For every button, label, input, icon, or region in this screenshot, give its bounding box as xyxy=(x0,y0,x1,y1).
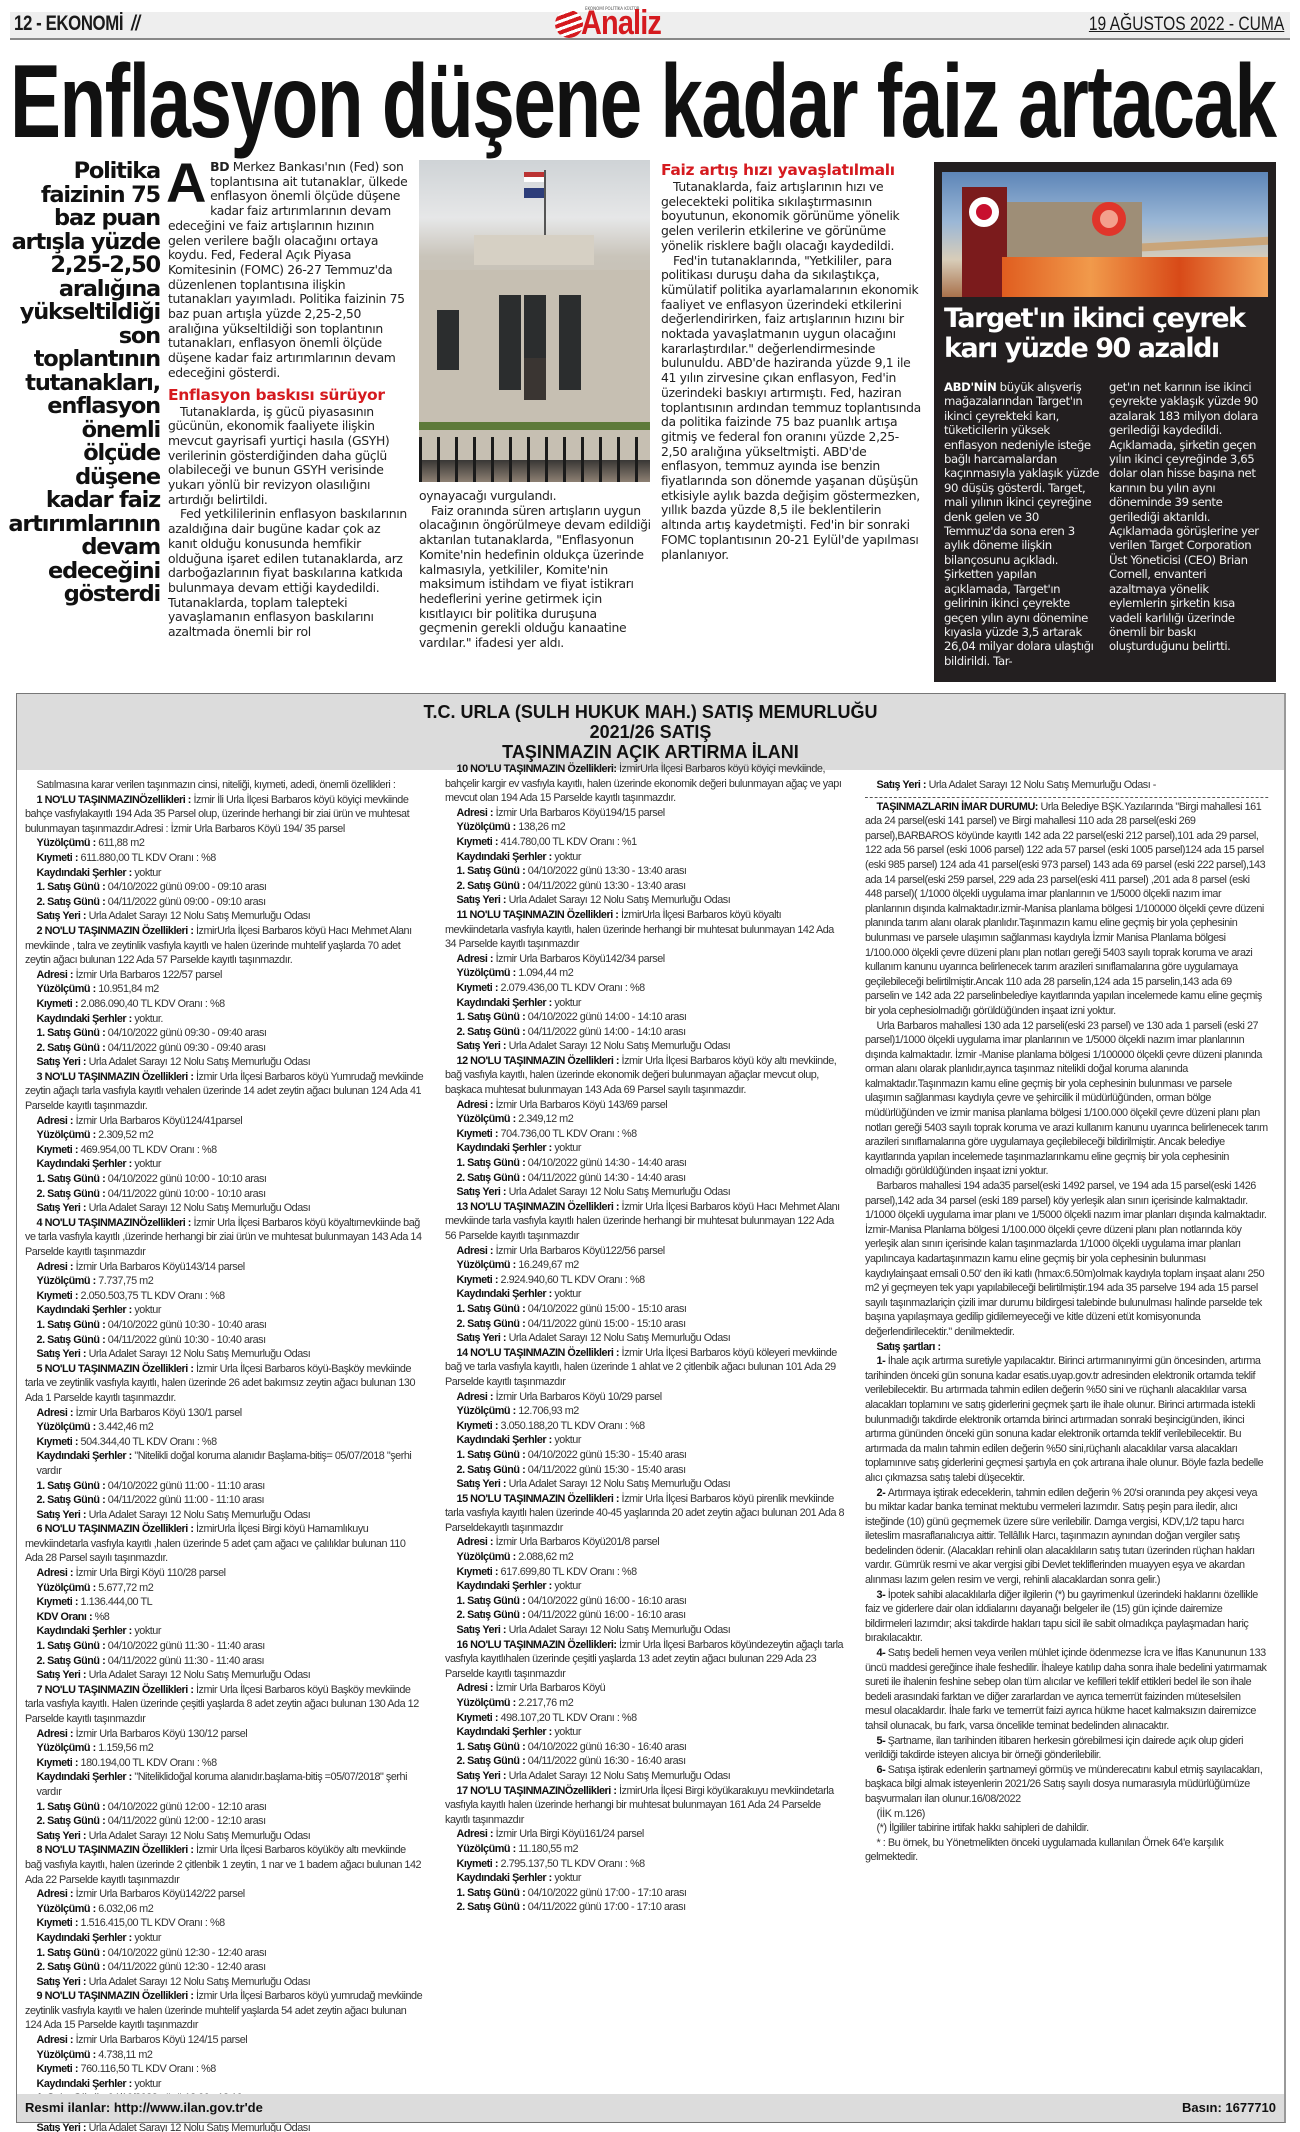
field-label: Adresi : xyxy=(457,1536,496,1548)
property-description: 3 NO'LU TAŞINMAZIN Özellikleri : İzmir U… xyxy=(25,1070,424,1114)
term-number: 6- xyxy=(877,1764,888,1776)
field-value: yoktur xyxy=(134,1625,161,1637)
term-text: Şartname, ilan tarihinden itibaren herke… xyxy=(865,1735,1243,1762)
field-value: 4.738,11 m2 xyxy=(98,2049,152,2061)
property-area: Yüzölçümü : 2.349,12 m2 xyxy=(445,1112,844,1127)
property-entry: 16 NO'LU TAŞINMAZIN Özellikleri: İzmir U… xyxy=(445,1638,844,1784)
field-label: 2. Satış Günü : xyxy=(37,1961,108,1973)
field-value: yoktur xyxy=(134,1304,161,1316)
property-heading: 13 NO'LU TAŞINMAZIN Özellikleri : xyxy=(457,1201,622,1213)
zoning-status: TAŞINMAZLARIN İMAR DURUMU: Urla Belediye… xyxy=(865,800,1268,1019)
field-label: Satış Yeri : xyxy=(37,1202,89,1214)
sale-place: Satış Yeri : Urla Adalet Sarayı 12 Nolu … xyxy=(25,1975,424,1990)
field-label: Yüzölçümü : xyxy=(37,983,99,995)
field-value: %8 xyxy=(95,1611,110,1623)
first-sale-date: 1. Satış Günü : 04/10/2022 günü 12:00 - … xyxy=(25,1800,424,1815)
property-entry: 14 NO'LU TAŞINMAZIN Özellikleri : İzmir … xyxy=(445,1346,844,1492)
property-value: Kıymeti : 617.699,80 TL KDV Oranı : %8 xyxy=(445,1565,844,1580)
second-sale-date: 2. Satış Günü : 04/11/2022 günü 11:30 - … xyxy=(25,1654,424,1669)
property-entry: 7 NO'LU TAŞINMAZIN Özellikleri : İzmir U… xyxy=(25,1683,424,1844)
property-annotations: Kaydındaki Şerhler : "Niteliklidoğal kor… xyxy=(25,1770,424,1799)
property-value: Kıymeti : 2.050.503,75 TL KDV Oranı : %8 xyxy=(25,1289,424,1304)
last-sale-place: Satış Yeri : Urla Adalet Sarayı 12 Nolu … xyxy=(865,778,1268,793)
field-label: Yüzölçümü : xyxy=(37,1129,99,1141)
sale-place: Satış Yeri : Urla Adalet Sarayı 12 Nolu … xyxy=(445,1477,844,1492)
paragraph-5: Faiz oranında süren artışların uygun ola… xyxy=(419,504,653,651)
field-value: 469.954,00 TL KDV Oranı : %8 xyxy=(81,1144,217,1156)
article-column-3: Faiz artış hızı yavaşlatılmalı Tutanakla… xyxy=(661,160,923,562)
paragraph-4: oynayacağı vurgulandı. xyxy=(419,489,653,504)
field-label: Adresi : xyxy=(37,1407,76,1419)
terms-title: Satış şartları : xyxy=(877,1341,941,1353)
field-label: 2. Satış Günü : xyxy=(37,1188,108,1200)
newspaper-logo[interactable]: EKONOMİ POLİTİKA KÜLTÜR Analiz xyxy=(555,6,715,40)
sale-place: Satış Yeri : Urla Adalet Sarayı 12 Nolu … xyxy=(25,1055,424,1070)
property-area: Yüzölçümü : 6.032,06 m2 xyxy=(25,1902,424,1917)
sale-place: Satış Yeri : Urla Adalet Sarayı 12 Nolu … xyxy=(445,893,844,908)
field-value: 2.795.137,50 TL KDV Oranı : %8 xyxy=(501,1858,645,1870)
sale-terms-list: 1- İhale açık artırma suretiyle yapılaca… xyxy=(865,1354,1268,1806)
term-number: 2- xyxy=(877,1487,888,1499)
field-label: Satış Yeri : xyxy=(457,1624,509,1636)
property-vat: KDV Oranı : %8 xyxy=(25,1610,424,1625)
term-number: 3- xyxy=(877,1589,888,1601)
notice-title-case: 2021/26 SATIŞ xyxy=(17,722,1284,742)
field-label: Kaydındaki Şerhler : xyxy=(37,2078,135,2090)
field-label: Kıymeti : xyxy=(457,1420,501,1432)
field-label: Kaydındaki Şerhler : xyxy=(457,851,555,863)
press-id: Basın: 1677710 xyxy=(1182,2094,1276,2122)
target-lead-bold: ABD'NİN xyxy=(944,380,996,394)
field-value: İzmir Urla Barbaros Köyü 143/69 parsel xyxy=(496,1099,668,1111)
property-description: 5 NO'LU TAŞINMAZIN Özellikleri : İzmir U… xyxy=(25,1362,424,1406)
field-label: Yüzölçümü : xyxy=(37,1275,99,1287)
field-value: İzmir Urla Barbaros Köyü194/15 parsel xyxy=(496,807,665,819)
property-value: Kıymeti : 1.136.444,00 TL xyxy=(25,1595,424,1610)
property-area: Yüzölçümü : 12.706,93 m2 xyxy=(445,1404,844,1419)
field-value: İzmir Urla Barbaros 122/57 parsel xyxy=(76,969,222,981)
sale-terms-title: Satış şartları : xyxy=(865,1340,1268,1355)
field-label: Satış Yeri : xyxy=(37,1830,89,1842)
field-label: 2. Satış Günü : xyxy=(457,880,528,892)
field-value: 04/11/2022 günü 10:00 - 10:10 arası xyxy=(108,1188,266,1200)
notice-footer: Resmi ilanlar: http://www.ilan.gov.tr'de… xyxy=(17,2094,1284,2122)
property-entry: 11 NO'LU TAŞINMAZIN Özellikleri : İzmirU… xyxy=(445,908,844,1054)
field-label: Satış Yeri : xyxy=(457,1770,509,1782)
property-description: 12 NO'LU TAŞINMAZIN Özellikleri : İzmir … xyxy=(445,1054,844,1098)
field-label: 1. Satış Günü : xyxy=(37,1480,108,1492)
field-value: İzmir Urla Barbaros Köyü 130/1 parsel xyxy=(76,1407,242,1419)
field-label: Kaydındaki Şerhler : xyxy=(457,1288,555,1300)
divider xyxy=(865,797,1268,798)
property-description: 4 NO'LU TAŞINMAZINÖzellikleri : İzmir Ur… xyxy=(25,1216,424,1260)
field-value: İzmir Urla Barbaros Köyü143/14 parsel xyxy=(76,1261,245,1273)
field-value: 2.349,12 m2 xyxy=(518,1113,573,1125)
field-value: yoktur xyxy=(134,1932,161,1944)
field-label: Satış Yeri : xyxy=(37,1056,89,1068)
field-value: İzmir Urla Barbaros Köyü142/34 parsel xyxy=(496,953,665,965)
field-label: Adresi : xyxy=(37,1728,76,1740)
fed-flag-icon xyxy=(524,188,544,198)
field-label: 2. Satış Günü : xyxy=(37,1655,108,1667)
field-value: 16.249,67 m2 xyxy=(518,1259,579,1271)
field-label: Satış Yeri : xyxy=(37,910,89,922)
field-label: KDV Oranı : xyxy=(37,1611,95,1623)
field-value: 760.116,50 TL KDV Oranı : %8 xyxy=(81,2063,216,2075)
field-value: 1.159,56 m2 xyxy=(98,1742,153,1754)
field-value: yoktur xyxy=(554,997,581,1009)
field-label: Kıymeti : xyxy=(37,1596,81,1608)
lead-bold: BD xyxy=(210,159,229,174)
field-label: 1. Satış Günü : xyxy=(457,865,528,877)
field-value: 2.217,76 m2 xyxy=(518,1697,573,1709)
property-entry: 15 NO'LU TAŞINMAZIN Özellikleri : İzmir … xyxy=(445,1492,844,1638)
field-value: yoktur xyxy=(554,1142,581,1154)
paragraph-6: Tutanaklarda, faiz artışlarının hızı ve … xyxy=(661,180,923,254)
property-address: Adresi : İzmir Urla Barbaros Köyü 124/15… xyxy=(25,2033,424,2048)
sale-place: Satış Yeri : Urla Adalet Sarayı 12 Nolu … xyxy=(25,1347,424,1362)
field-value: 498.107,20 TL KDV Oranı : %8 xyxy=(501,1712,637,1724)
section-label: 12 - EKONOMİ// xyxy=(14,12,140,36)
portico xyxy=(474,235,594,265)
field-value: 04/11/2022 günü 11:30 - 11:40 arası xyxy=(108,1655,264,1667)
property-value: Kıymeti : 504.344,40 TL KDV Oranı : %8 xyxy=(25,1435,424,1450)
property-area: Yüzölçümü : 16.249,67 m2 xyxy=(445,1258,844,1273)
property-entry: 1 NO'LU TAŞINMAZINÖzellikleri : İzmir İl… xyxy=(25,793,424,924)
sale-place: Satış Yeri : Urla Adalet Sarayı 12 Nolu … xyxy=(25,2121,424,2132)
field-label: 1. Satış Günü : xyxy=(457,1887,528,1899)
target-logo-icon xyxy=(969,197,999,227)
sale-term: 2- Artırmaya iştirak edeceklerin, tahmin… xyxy=(865,1486,1268,1588)
field-label: Satış Yeri : xyxy=(457,1186,509,1198)
field-label: Adresi : xyxy=(37,1115,76,1127)
property-address: Adresi : İzmir Urla Barbaros Köyü143/14 … xyxy=(25,1260,424,1275)
term-number: 1- xyxy=(877,1355,888,1367)
property-description: 9 NO'LU TAŞINMAZIN Özellikleri : İzmir U… xyxy=(25,1989,424,2033)
field-label: Yüzölçümü : xyxy=(457,1113,519,1125)
field-label: Satış Yeri : xyxy=(37,1669,89,1681)
first-sale-date: 1. Satış Günü : 04/10/2022 günü 15:00 - … xyxy=(445,1302,844,1317)
property-value: Kıymeti : 2.795.137,50 TL KDV Oranı : %8 xyxy=(445,1857,844,1872)
drop-cap: A xyxy=(166,160,206,206)
field-value: 611.880,00 TL KDV Oranı : %8 xyxy=(81,852,216,864)
flagpole xyxy=(544,170,546,240)
subhead-inflation-pressure: Enflasyon baskısı sürüyor xyxy=(168,385,408,405)
field-label: Kıymeti : xyxy=(37,2063,81,2075)
article-column-2: oynayacağı vurgulandı. Faiz oranında sür… xyxy=(419,489,653,651)
second-sale-date: 2. Satış Günü : 04/11/2022 günü 14:00 - … xyxy=(445,1025,844,1040)
field-label: Adresi : xyxy=(457,1391,496,1403)
notice-header: T.C. URLA (SULH HUKUK MAH.) SATIŞ MEMURL… xyxy=(17,694,1284,770)
field-value: İzmir Urla Barbaros Köyü124/41parsel xyxy=(76,1115,243,1127)
property-value: Kıymeti : 611.880,00 TL KDV Oranı : %8 xyxy=(25,851,424,866)
field-label: Kıymeti : xyxy=(37,852,81,864)
masthead: 12 - EKONOMİ// EKONOMİ POLİTİKA KÜLTÜR A… xyxy=(10,12,1290,40)
first-sale-date: 1. Satış Günü : 04/10/2022 günü 14:00 - … xyxy=(445,1010,844,1025)
field-value: 04/11/2022 günü 16:30 - 16:40 arası xyxy=(528,1755,686,1767)
field-value: Urla Adalet Sarayı 12 Nolu Satış Memurlu… xyxy=(89,1348,311,1360)
field-value: 7.737,75 m2 xyxy=(98,1275,153,1287)
property-area: Yüzölçümü : 11.180,55 m2 xyxy=(445,1842,844,1857)
sale-place: Satış Yeri : Urla Adalet Sarayı 12 Nolu … xyxy=(25,1508,424,1523)
term-number: 4- xyxy=(877,1647,888,1659)
field-value: Urla Adalet Sarayı 12 Nolu Satış Memurlu… xyxy=(509,894,731,906)
property-value: Kıymeti : 704.736,00 TL KDV Oranı : %8 xyxy=(445,1127,844,1142)
field-value: Urla Adalet Sarayı 12 Nolu Satış Memurlu… xyxy=(89,1202,311,1214)
logo-globe-icon xyxy=(555,10,583,38)
field-label: Adresi : xyxy=(37,969,76,981)
field-value: İzmir Urla Barbaros Köyü142/22 parsel xyxy=(76,1888,245,1900)
label: Satış Yeri : xyxy=(877,779,929,791)
zoning-text-3: Barbaros mahallesi 194 ada35 parsel(eski… xyxy=(865,1179,1268,1340)
property-entry: 8 NO'LU TAŞINMAZIN Özellikleri : İzmir U… xyxy=(25,1843,424,1989)
section-name: 12 - EKONOMİ xyxy=(14,12,123,35)
field-label: 1. Satış Günü : xyxy=(457,1449,528,1461)
field-label: Kaydındaki Şerhler : xyxy=(37,1450,135,1462)
property-value: Kıymeti : 414.780,00 TL KDV Oranı : %1 xyxy=(445,835,844,850)
field-value: 11.180,55 m2 xyxy=(518,1843,578,1855)
field-value: İzmir Urla Barbaros Köyü201/8 parsel xyxy=(496,1536,660,1548)
first-sale-date: 1. Satış Günü : 04/10/2022 günü 14:30 - … xyxy=(445,1156,844,1171)
property-area: Yüzölçümü : 10.951,84 m2 xyxy=(25,982,424,997)
field-label: Adresi : xyxy=(457,1245,496,1257)
lede-summary: Politika faizinin 75 baz puan artışla yü… xyxy=(8,160,160,607)
field-value: 04/11/2022 günü 11:00 - 11:10 arası xyxy=(108,1494,264,1506)
field-value: 2.050.503,75 TL KDV Oranı : %8 xyxy=(81,1290,225,1302)
field-label: 2. Satış Günü : xyxy=(457,1172,528,1184)
first-sale-date: 1. Satış Günü : 04/10/2022 günü 10:00 - … xyxy=(25,1172,424,1187)
field-value: 3.050.188,20 TL KDV Oranı : %8 xyxy=(501,1420,645,1432)
property-heading: 6 NO'LU TAŞINMAZIN Özellikleri : xyxy=(37,1523,196,1535)
property-address: Adresi : İzmir Urla Barbaros Köyü 10/29 … xyxy=(445,1390,844,1405)
property-area: Yüzölçümü : 2.217,76 m2 xyxy=(445,1696,844,1711)
field-label: Kaydındaki Şerhler : xyxy=(457,1434,555,1446)
official-notices-link[interactable]: Resmi ilanlar: http://www.ilan.gov.tr'de xyxy=(25,2100,263,2115)
second-sale-date: 2. Satış Günü : 04/11/2022 günü 09:00 - … xyxy=(25,895,424,910)
property-value: Kıymeti : 3.050.188,20 TL KDV Oranı : %8 xyxy=(445,1419,844,1434)
field-value: 12.706,93 m2 xyxy=(518,1405,579,1417)
property-value: Kıymeti : 2.924.940,60 TL KDV Oranı : %8 xyxy=(445,1273,844,1288)
field-value: 704.736,00 TL KDV Oranı : %8 xyxy=(501,1128,637,1140)
property-annotations: Kaydındaki Şerhler : "Nitelikli doğal ko… xyxy=(25,1449,424,1478)
notice-column-1: Satılmasına karar verilen taşınmazın cin… xyxy=(25,778,424,2132)
field-value: 04/11/2022 günü 13:30 - 13:40 arası xyxy=(528,880,686,892)
term-text: Satış bedeli hemen veya verilen mühlet i… xyxy=(865,1647,1266,1732)
field-label: Adresi : xyxy=(457,1828,496,1840)
field-label: Satış Yeri : xyxy=(37,1976,89,1988)
field-label: Yüzölçümü : xyxy=(37,1421,99,1433)
field-value: 04/11/2022 günü 14:30 - 14:40 arası xyxy=(528,1172,686,1184)
field-label: 2. Satış Günü : xyxy=(457,1609,528,1621)
sale-place: Satış Yeri : Urla Adalet Sarayı 12 Nolu … xyxy=(445,1185,844,1200)
property-annotations: Kaydındaki Şerhler : yoktur xyxy=(445,1871,844,1886)
sale-place: Satış Yeri : Urla Adalet Sarayı 12 Nolu … xyxy=(445,1769,844,1784)
field-value: 617.699,80 TL KDV Oranı : %8 xyxy=(501,1566,637,1578)
field-value: 04/10/2022 günü 13:30 - 13:40 arası xyxy=(528,865,687,877)
first-sale-date: 1. Satış Günü : 04/10/2022 günü 12:30 - … xyxy=(25,1946,424,1961)
field-value: 6.032,06 m2 xyxy=(98,1903,153,1915)
second-sale-date: 2. Satış Günü : 04/11/2022 günü 12:00 - … xyxy=(25,1814,424,1829)
door xyxy=(524,358,546,400)
canopy xyxy=(1142,237,1268,252)
property-area: Yüzölçümü : 5.677,72 m2 xyxy=(25,1581,424,1596)
logo-text: Analiz xyxy=(581,4,661,43)
field-value: 138,26 m2 xyxy=(518,821,565,833)
field-label: Yüzölçümü : xyxy=(457,1843,519,1855)
property-address: Adresi : İzmir Urla Barbaros Köyü194/15 … xyxy=(445,806,844,821)
term-number: 5- xyxy=(877,1735,888,1747)
property-annotations: Kaydındaki Şerhler : yoktur xyxy=(445,850,844,865)
field-value: 1.094,44 m2 xyxy=(518,967,573,979)
fence xyxy=(419,437,650,482)
property-address: Adresi : İzmir Urla Barbaros Köyü124/41p… xyxy=(25,1114,424,1129)
field-value: yoktur xyxy=(554,1434,581,1446)
property-heading: 15 NO'LU TAŞINMAZIN Özellikleri : xyxy=(457,1493,622,1505)
property-annotations: Kaydındaki Şerhler : yoktur. xyxy=(25,1012,424,1027)
property-heading: 1 NO'LU TAŞINMAZINÖzellikleri : xyxy=(37,794,194,806)
legal-auction-notice: T.C. URLA (SULH HUKUK MAH.) SATIŞ MEMURL… xyxy=(16,693,1286,2123)
property-entry: 12 NO'LU TAŞINMAZIN Özellikleri : İzmir … xyxy=(445,1054,844,1200)
field-label: 1. Satış Günü : xyxy=(37,1027,108,1039)
field-label: Adresi : xyxy=(37,1567,76,1579)
field-value: 04/10/2022 günü 10:00 - 10:10 arası xyxy=(108,1173,267,1185)
field-value: yoktur xyxy=(134,867,161,879)
target-news-box: Target'ın ikinci çeyrek karı yüzde 90 az… xyxy=(934,162,1276,682)
field-label: Kıymeti : xyxy=(457,836,501,848)
sale-term: 6- Satışa iştirak edenlerin şartnameyi g… xyxy=(865,1763,1268,1807)
zoning-label: TAŞINMAZLARIN İMAR DURUMU: xyxy=(877,801,1041,813)
field-label: Kaydındaki Şerhler : xyxy=(37,1771,135,1783)
property-area: Yüzölçümü : 2.309,52 m2 xyxy=(25,1128,424,1143)
property-area: Yüzölçümü : 4.738,11 m2 xyxy=(25,2048,424,2063)
sale-place: Satış Yeri : Urla Adalet Sarayı 12 Nolu … xyxy=(25,1201,424,1216)
field-value: İzmir Urla Barbaros Köyü 10/29 parsel xyxy=(496,1391,662,1403)
field-value: yoktur xyxy=(554,1288,581,1300)
field-label: 2. Satış Günü : xyxy=(457,1318,528,1330)
second-sale-date: 2. Satış Günü : 04/11/2022 günü 11:00 - … xyxy=(25,1493,424,1508)
property-description: 15 NO'LU TAŞINMAZIN Özellikleri : İzmir … xyxy=(445,1492,844,1536)
second-sale-date: 2. Satış Günü : 04/11/2022 günü 16:30 - … xyxy=(445,1754,844,1769)
field-value: 04/11/2022 günü 15:30 - 15:40 arası xyxy=(528,1464,686,1476)
field-value: 04/10/2022 günü 16:30 - 16:40 arası xyxy=(528,1741,687,1753)
property-area: Yüzölçümü : 7.737,75 m2 xyxy=(25,1274,424,1289)
sale-place: Satış Yeri : Urla Adalet Sarayı 12 Nolu … xyxy=(25,1668,424,1683)
article-column-1: ABD Merkez Bankası'nın (Fed) son toplant… xyxy=(168,160,408,640)
field-label: Kıymeti : xyxy=(457,982,501,994)
sale-term: 3- İpotek sahibi alacaklılarla diğer ilg… xyxy=(865,1588,1268,1646)
field-value: İzmir Urla Birgi Köyü161/24 parsel xyxy=(496,1828,644,1840)
window xyxy=(437,310,459,370)
zoning-text-1: Urla Belediye BŞK.Yazılarında "Birgi mah… xyxy=(865,801,1265,1017)
field-label: 2. Satış Günü : xyxy=(37,1494,108,1506)
main-headline: Enflasyon düşene kadar faiz artacak xyxy=(10,52,958,152)
field-value: 04/10/2022 günü 17:00 - 17:10 arası xyxy=(528,1887,687,1899)
property-description: 7 NO'LU TAŞINMAZIN Özellikleri : İzmir U… xyxy=(25,1683,424,1727)
field-label: Kaydındaki Şerhler : xyxy=(37,867,135,879)
second-sale-date: 2. Satış Günü : 04/11/2022 günü 13:30 - … xyxy=(445,879,844,894)
sale-place: Satış Yeri : Urla Adalet Sarayı 12 Nolu … xyxy=(445,1039,844,1054)
notice-title-type: TAŞINMAZIN AÇIK ARTIRMA İLANI xyxy=(17,742,1284,762)
field-label: Yüzölçümü : xyxy=(457,1259,519,1271)
field-label: 1. Satış Günü : xyxy=(457,1303,528,1315)
field-value: 04/11/2022 günü 10:30 - 10:40 arası xyxy=(108,1334,266,1346)
property-heading: 7 NO'LU TAŞINMAZIN Özellikleri : xyxy=(37,1684,196,1696)
field-label: Adresi : xyxy=(37,1261,76,1273)
first-sale-date: 1. Satış Günü : 04/10/2022 günü 13:30 - … xyxy=(445,864,844,879)
field-label: Adresi : xyxy=(457,953,496,965)
property-heading: 11 NO'LU TAŞINMAZIN Özellikleri : xyxy=(457,909,621,921)
field-value: 04/10/2022 günü 12:00 - 12:10 arası xyxy=(108,1801,267,1813)
field-value: 04/11/2022 günü 15:00 - 15:10 arası xyxy=(528,1318,686,1330)
field-label: Kıymeti : xyxy=(37,1757,81,1769)
field-label: 2. Satış Günü : xyxy=(457,1901,528,1913)
second-sale-date: 2. Satış Günü : 04/11/2022 günü 15:30 - … xyxy=(445,1463,844,1478)
property-entry: 17 NO'LU TAŞINMAZINÖzellikleri : İzmirUr… xyxy=(445,1784,844,1915)
first-sale-date: 1. Satış Günü : 04/10/2022 günü 17:00 - … xyxy=(445,1886,844,1901)
field-label: Yüzölçümü : xyxy=(37,2049,99,2061)
target-logo-icon xyxy=(1092,202,1126,236)
field-value: 2.088,62 m2 xyxy=(518,1551,573,1563)
field-label: Kıymeti : xyxy=(457,1274,501,1286)
property-description: 1 NO'LU TAŞINMAZINÖzellikleri : İzmir İl… xyxy=(25,793,424,837)
sale-term: 5- Şartname, ilan tarihinden itibaren he… xyxy=(865,1734,1268,1763)
property-entry: 5 NO'LU TAŞINMAZIN Özellikleri : İzmir U… xyxy=(25,1362,424,1523)
field-value: 414.780,00 TL KDV Oranı : %1 xyxy=(501,836,637,848)
property-description: 11 NO'LU TAŞINMAZIN Özellikleri : İzmirU… xyxy=(445,908,844,952)
property-address: Adresi : İzmir Urla Barbaros Köyü 130/12… xyxy=(25,1727,424,1742)
target-column-1: ABD'NİN büyük alışveriş mağazalarından T… xyxy=(944,380,1100,668)
field-label: Yüzölçümü : xyxy=(37,1582,99,1594)
property-annotations: Kaydındaki Şerhler : yoktur xyxy=(445,996,844,1011)
property-address: Adresi : İzmir Urla Barbaros 122/57 pars… xyxy=(25,968,424,983)
window xyxy=(499,295,521,390)
field-value: İzmir Urla Barbaros Köyü 130/12 parsel xyxy=(76,1728,248,1740)
field-value: 1.516.415,00 TL KDV Oranı : %8 xyxy=(81,1917,225,1929)
field-label: 1. Satış Günü : xyxy=(37,1173,108,1185)
field-value: 04/10/2022 günü 15:00 - 15:10 arası xyxy=(528,1303,687,1315)
field-label: Adresi : xyxy=(37,2034,76,2046)
field-label: 1. Satış Günü : xyxy=(457,1157,528,1169)
field-value: Urla Adalet Sarayı 12 Nolu Satış Memurlu… xyxy=(89,1509,311,1521)
field-value: yoktur xyxy=(554,1580,581,1592)
field-value: 04/10/2022 günü 09:30 - 09:40 arası xyxy=(108,1027,267,1039)
field-value: İzmir Urla Barbaros Köyü xyxy=(496,1682,606,1694)
property-heading: 4 NO'LU TAŞINMAZINÖzellikleri : xyxy=(37,1217,194,1229)
field-value: Urla Adalet Sarayı 12 Nolu Satış Memurlu… xyxy=(509,1040,731,1052)
field-label: Adresi : xyxy=(37,1888,76,1900)
field-label: Kıymeti : xyxy=(37,998,81,1010)
field-label: 1. Satış Günü : xyxy=(457,1011,528,1023)
field-label: Kaydındaki Şerhler : xyxy=(457,1872,555,1884)
property-annotations: Kaydındaki Şerhler : yoktur xyxy=(25,866,424,881)
term-text: Satışa iştirak edenlerin şartnameyi görm… xyxy=(865,1764,1262,1805)
first-sale-date: 1. Satış Günü : 04/10/2022 günü 15:30 - … xyxy=(445,1448,844,1463)
field-value: 04/11/2022 günü 09:30 - 09:40 arası xyxy=(108,1042,266,1054)
value: Urla Adalet Sarayı 12 Nolu Satış Memurlu… xyxy=(929,779,1156,791)
field-value: 180.194,00 TL KDV Oranı : %8 xyxy=(81,1757,217,1769)
field-label: Satış Yeri : xyxy=(37,1348,89,1360)
federal-reserve-building-photo xyxy=(419,160,650,482)
property-entry: 3 NO'LU TAŞINMAZIN Özellikleri : İzmir U… xyxy=(25,1070,424,1216)
term-text: İpotek sahibi alacaklılarla diğer ilgile… xyxy=(865,1589,1258,1645)
field-label: 1. Satış Günü : xyxy=(37,881,108,893)
field-value: 04/10/2022 günü 16:00 - 16:10 arası xyxy=(528,1595,687,1607)
notice-intro: Satılmasına karar verilen taşınmazın cin… xyxy=(25,778,424,793)
second-sale-date: 2. Satış Günü : 04/11/2022 günü 10:00 - … xyxy=(25,1187,424,1202)
property-heading: 5 NO'LU TAŞINMAZIN Özellikleri : xyxy=(37,1363,196,1375)
field-value: Urla Adalet Sarayı 12 Nolu Satış Memurlu… xyxy=(89,1830,311,1842)
field-value: 2.086.090,40 TL KDV Oranı : %8 xyxy=(81,998,225,1010)
